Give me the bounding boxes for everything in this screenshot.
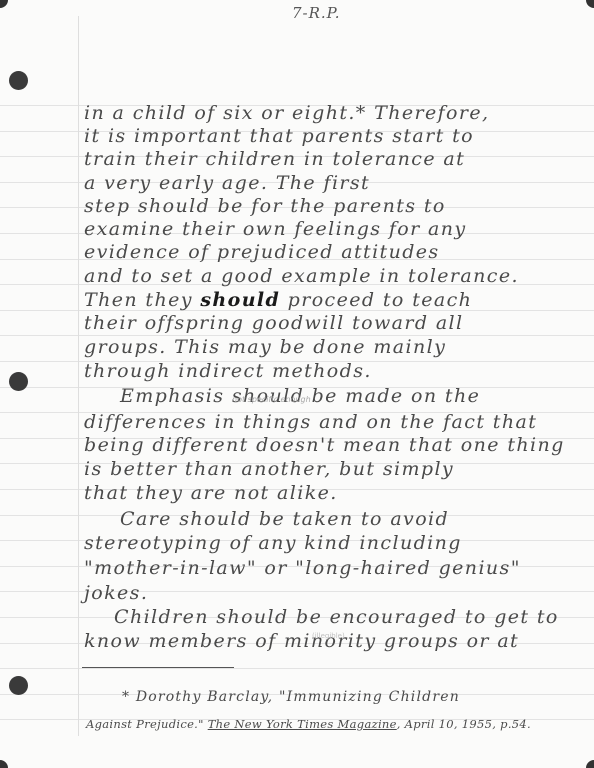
- hole-punch-icon: [9, 676, 28, 695]
- scan-corner: [0, 760, 8, 768]
- handwritten-line: in a child of six or eight.* Therefore,: [84, 104, 489, 123]
- handwritten-line: stereotyping of any kind including: [84, 534, 462, 553]
- handwritten-line: "mother-in-law" or "long-haired genius": [84, 559, 521, 578]
- handwritten-line: is better than another, but simply: [84, 460, 454, 479]
- page-number-mark: 7-R.P.: [292, 4, 341, 22]
- scan-corner: [586, 0, 594, 8]
- handwritten-page: 7-R.P. in a child of six or eight.* Ther…: [0, 0, 594, 768]
- handwritten-line: know members of minority groups or at: [84, 632, 519, 651]
- handwritten-line: step should be for the parents to: [84, 197, 446, 216]
- footnote-publication-title: The New York Times Magazine: [208, 717, 397, 731]
- handwritten-line: Then they should proceed to teach: [84, 291, 472, 310]
- handwritten-line: evidence of prejudiced attitudes: [84, 243, 440, 262]
- scan-corner: [0, 0, 8, 8]
- footnote-article: Against Prejudice.": [86, 717, 208, 731]
- handwritten-line: through indirect methods.: [84, 362, 372, 381]
- handwritten-line: a very early age. The first: [84, 174, 370, 193]
- ruled-line: [0, 668, 594, 669]
- emphasized-word: should: [200, 289, 280, 311]
- handwritten-line: their offspring goodwill toward all: [84, 314, 464, 333]
- handwritten-line: that they are not alike.: [84, 484, 338, 503]
- margin-line: [78, 16, 79, 736]
- handwritten-line: Care should be taken to avoid: [120, 510, 449, 529]
- handwritten-line: and to set a good example in tolerance.: [84, 267, 519, 286]
- footnote-line-1: * Dorothy Barclay, "Immunizing Children: [122, 690, 460, 704]
- footnote-date-page: , April 10, 1955, p.54.: [397, 717, 531, 731]
- handwritten-line: differences in things and on the fact th…: [84, 413, 537, 432]
- handwritten-line: Children should be encouraged to get to: [114, 608, 559, 627]
- handwritten-line: train their children in tolerance at: [84, 150, 465, 169]
- hole-punch-icon: [9, 372, 28, 391]
- teacher-annotation: not specific enough: [232, 395, 311, 404]
- footnote-line-2: Against Prejudice." The New York Times M…: [86, 719, 531, 731]
- handwritten-line: groups. This may be done mainly: [84, 338, 446, 357]
- handwritten-line: examine their own feelings for any: [84, 220, 467, 239]
- footnote-divider: [82, 667, 234, 668]
- handwritten-line: it is important that parents start to: [84, 127, 474, 146]
- handwritten-line: jokes.: [84, 584, 148, 603]
- scan-corner: [586, 760, 594, 768]
- handwritten-line: being different doesn't mean that one th…: [84, 436, 565, 455]
- faint-annotation: (illegible): [312, 632, 345, 640]
- hole-punch-icon: [9, 71, 28, 90]
